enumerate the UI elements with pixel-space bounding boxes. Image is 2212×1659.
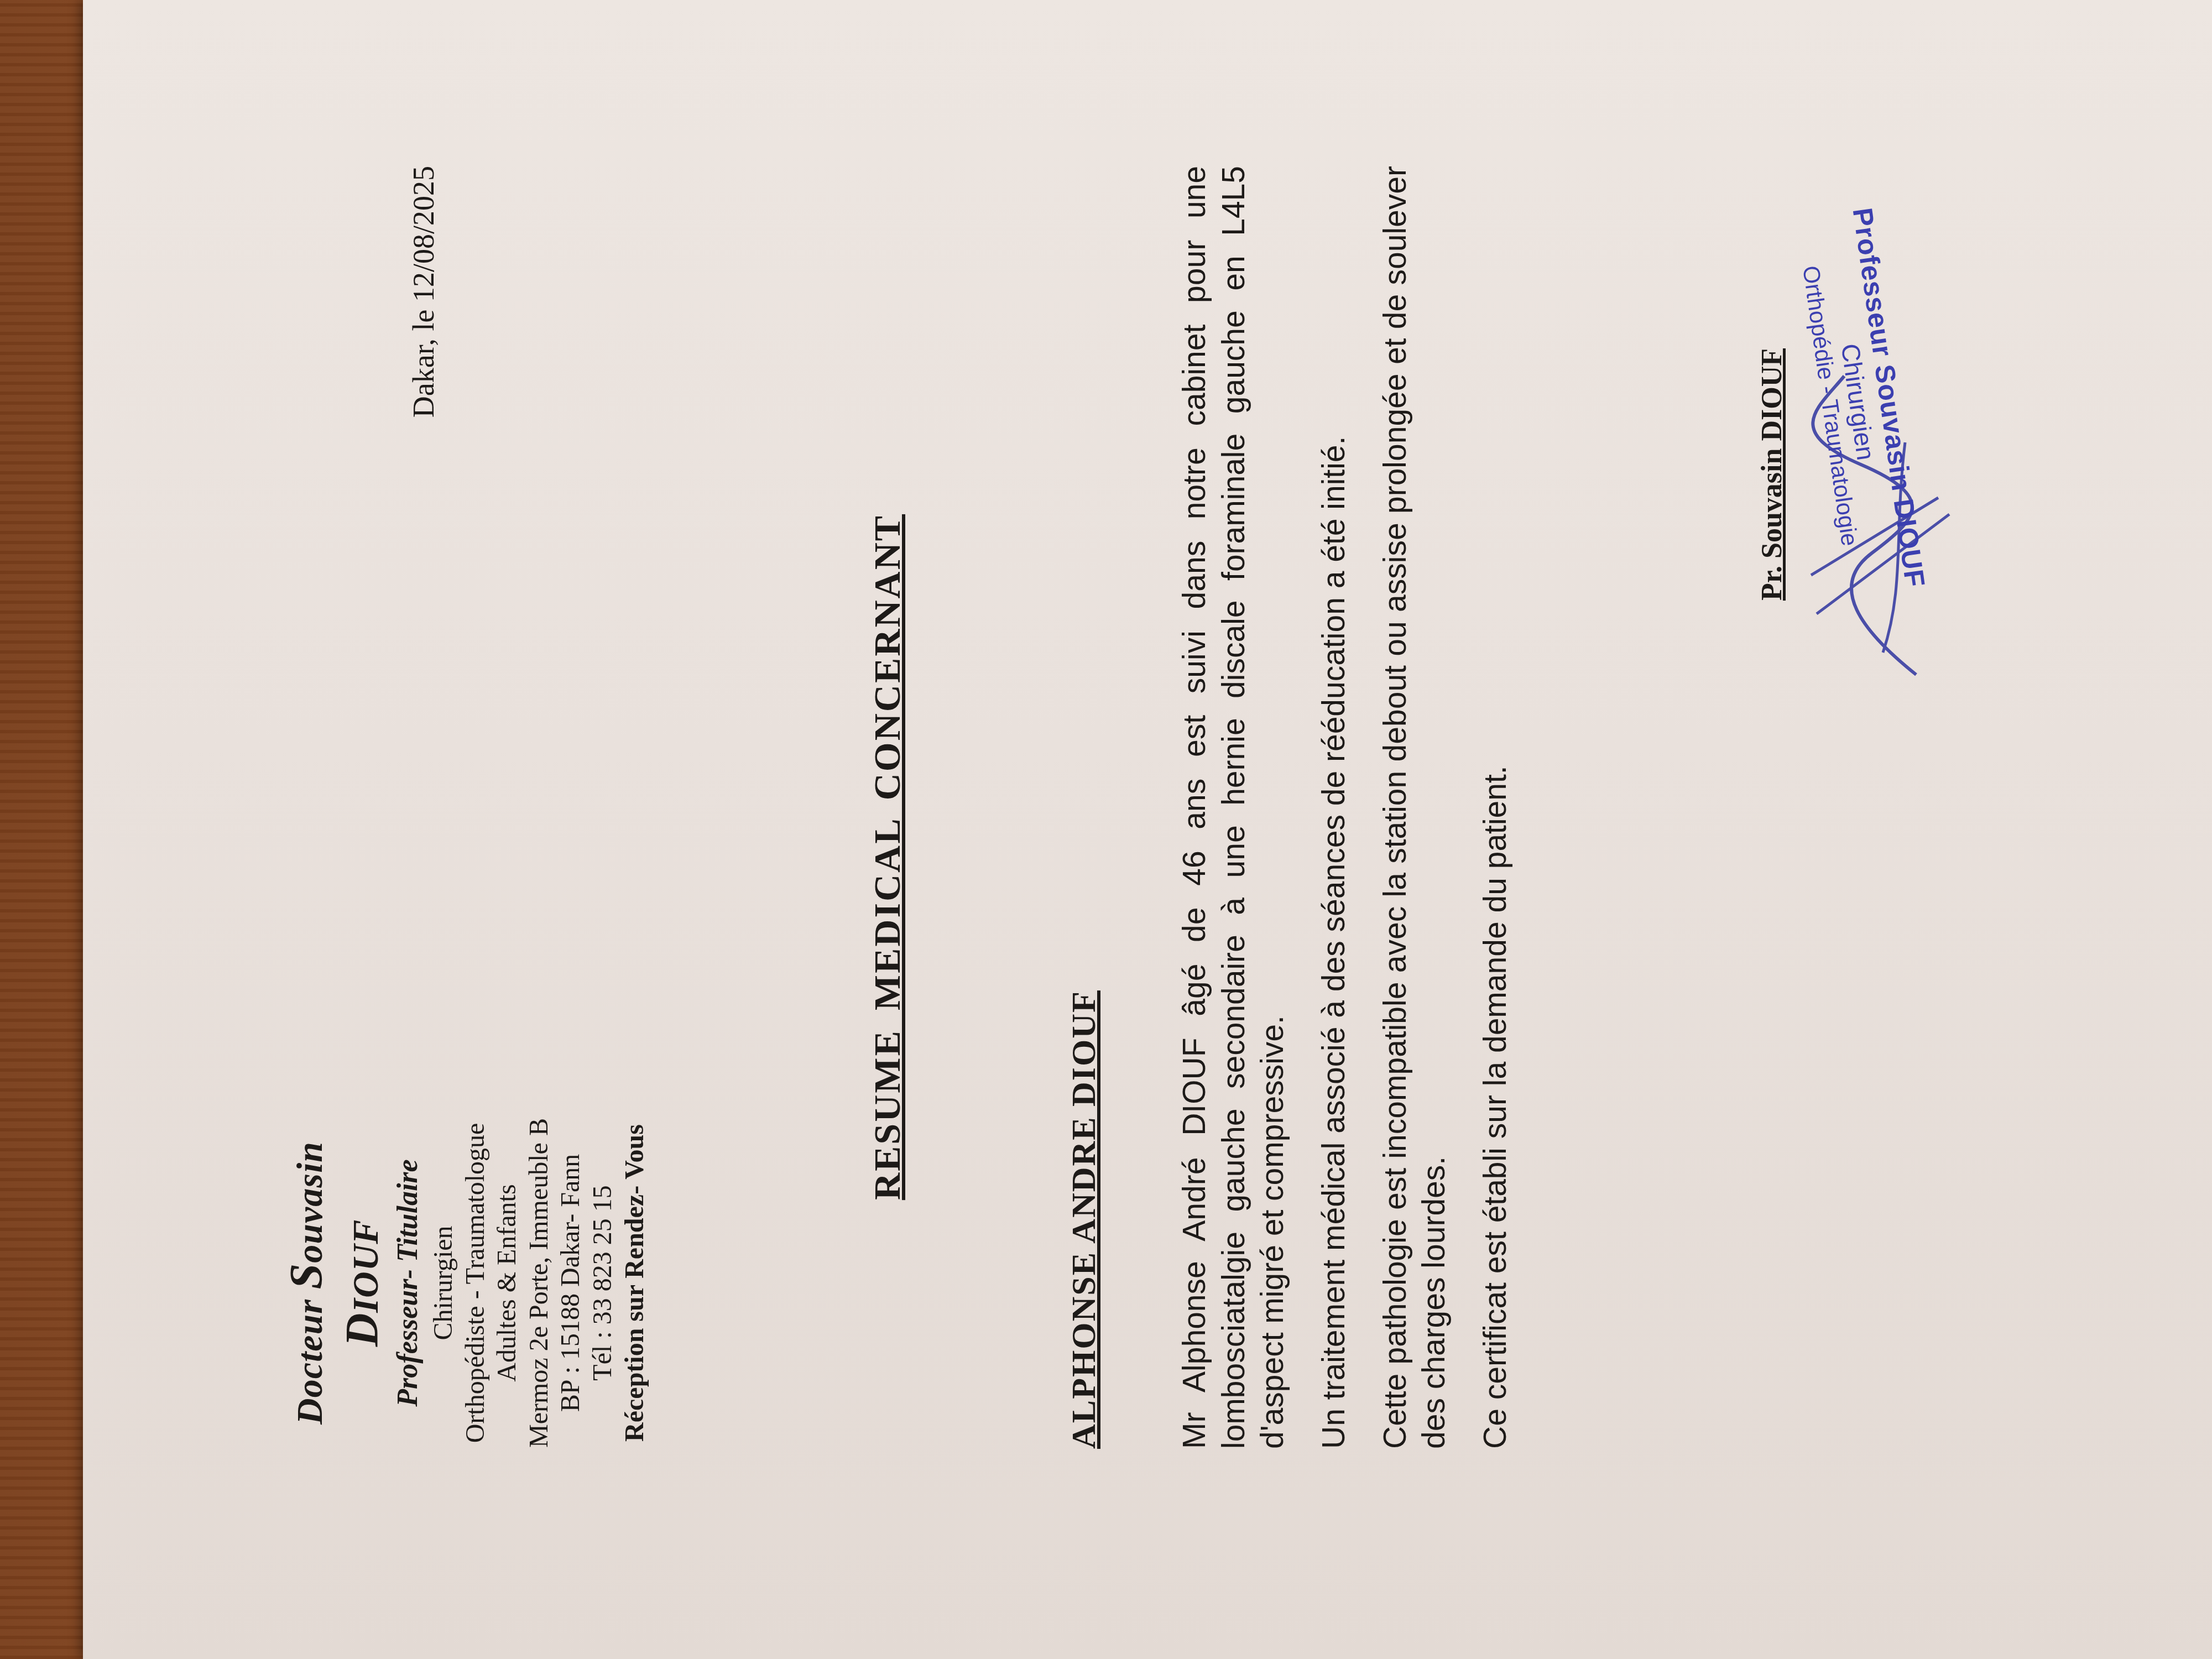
paragraph-certification: Ce certificat est établi sur la demande … xyxy=(1476,166,1515,1449)
letterhead-line: Orthopédiste - Traumatologue xyxy=(460,1073,492,1493)
doctor-name: Docteur Souvasin DIOUF xyxy=(279,1073,391,1493)
patient-name: ALPHONSE ANDRE DIOUF xyxy=(1065,990,1104,1449)
signatory-name: Pr. Souvasin DIOUF xyxy=(1756,348,1788,601)
name-prefix: Docteur xyxy=(290,1289,330,1424)
letterhead-line: Adultes & Enfants xyxy=(491,1073,523,1493)
name-initial-s: S xyxy=(281,1263,332,1290)
letterhead-line: BP : 15188 Dakar- Fann xyxy=(555,1073,587,1493)
letterhead-line: Tél : 33 823 25 15 xyxy=(587,1073,619,1493)
name-end: IOUF xyxy=(346,1219,386,1313)
letterhead-line: Mermoz 2e Porte, Immeuble B xyxy=(523,1073,555,1493)
document-body: Mr Alphonse André DIOUF âgé de 46 ans es… xyxy=(1175,166,1537,1449)
letterhead-line: Chirurgien xyxy=(427,1073,460,1493)
paragraph-treatment: Un traitement médical associé à des séan… xyxy=(1314,166,1354,1449)
document-date: Dakar, le 12/08/2025 xyxy=(406,166,441,418)
name-initial-d: D xyxy=(337,1313,388,1347)
paper-sheet: Docteur Souvasin DIOUF Professeur- Titul… xyxy=(83,0,2212,1659)
paragraph-restrictions: Cette pathologie est incompatible avec l… xyxy=(1376,166,1454,1449)
document-title: RESUME MEDICAL CONCERNANT xyxy=(865,55,909,1659)
reception-note: Réception sur Rendez- Vous xyxy=(619,1073,651,1493)
letterhead: Docteur Souvasin DIOUF Professeur- Titul… xyxy=(279,1073,650,1493)
paragraph-diagnosis: Mr Alphonse André DIOUF âgé de 46 ans es… xyxy=(1175,166,1292,1449)
name-mid: ouvasin xyxy=(290,1141,330,1263)
document-page: Docteur Souvasin DIOUF Professeur- Titul… xyxy=(180,55,2115,1659)
doctor-title: Professeur- Titulaire xyxy=(391,1073,425,1493)
